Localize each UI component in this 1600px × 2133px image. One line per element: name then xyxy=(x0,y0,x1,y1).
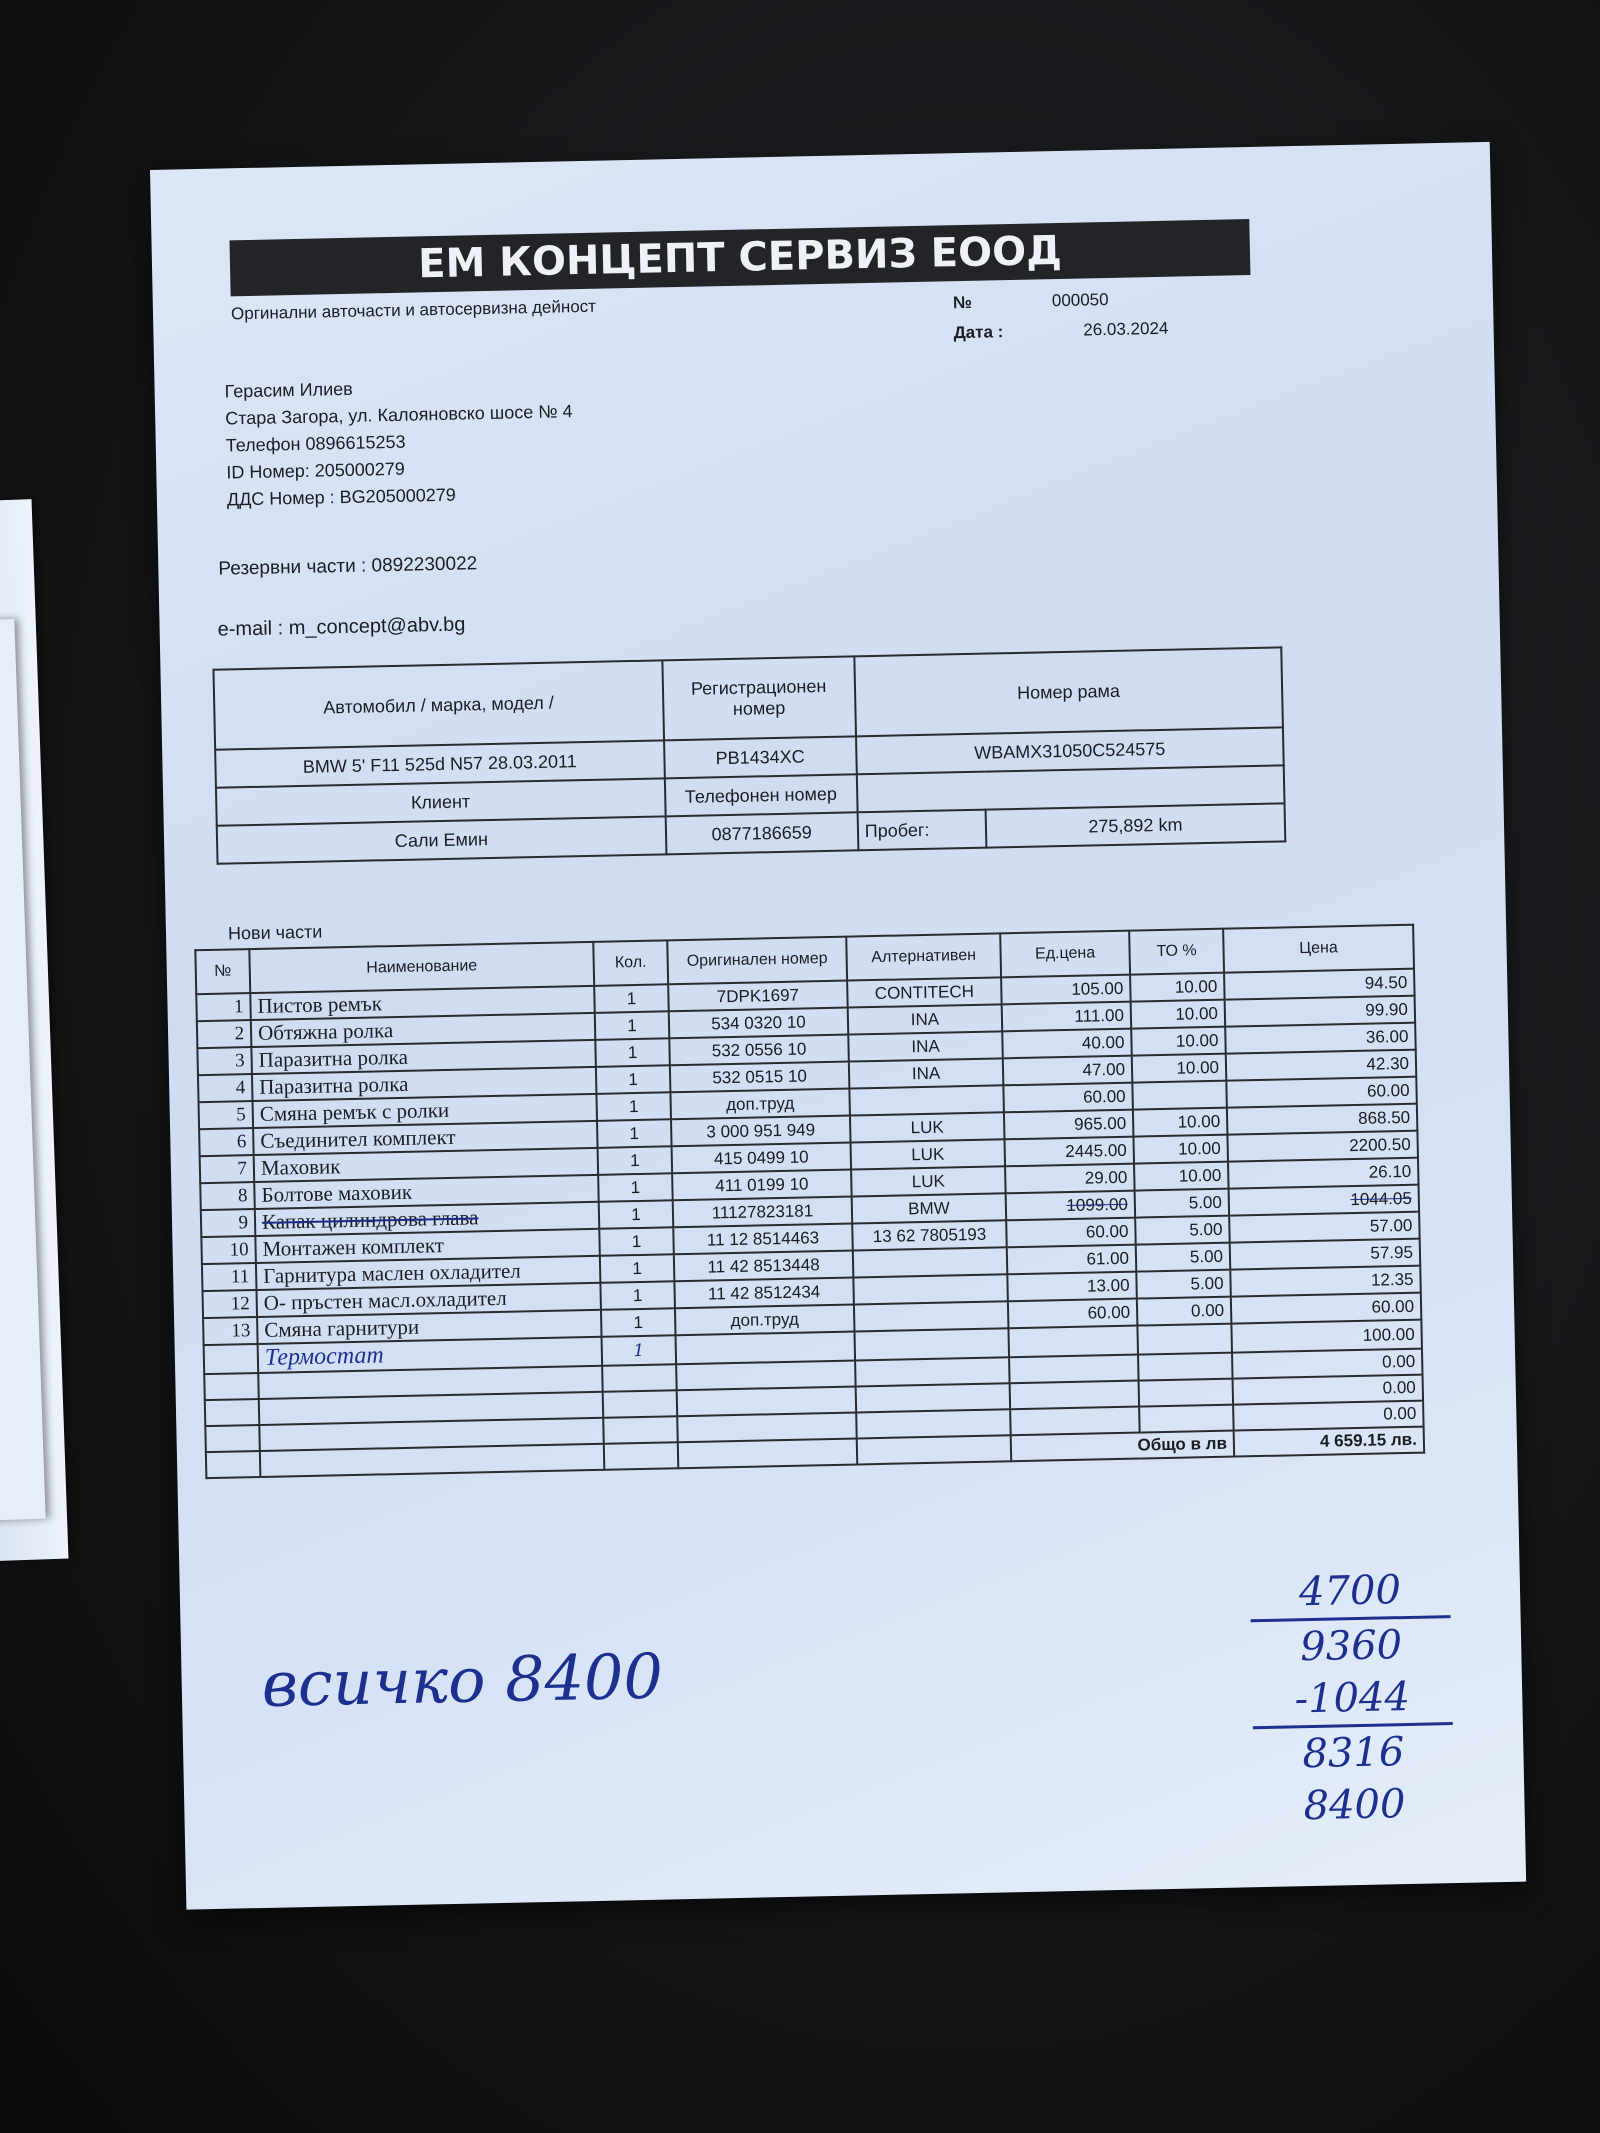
row-number: 3 xyxy=(197,1047,252,1075)
price: 42.30 xyxy=(1226,1050,1417,1081)
discount xyxy=(1139,1379,1234,1407)
discount xyxy=(1139,1405,1234,1433)
row-number xyxy=(204,1344,259,1374)
price: 57.95 xyxy=(1230,1239,1421,1270)
original-number: 415 0499 10 xyxy=(672,1143,852,1174)
original-number: 411 0199 10 xyxy=(672,1170,852,1201)
alternative: INA xyxy=(848,1031,1003,1061)
col-disc: ТО % xyxy=(1129,929,1224,975)
row-number: 2 xyxy=(197,1020,252,1048)
row-number: 6 xyxy=(199,1128,254,1156)
price: 94.50 xyxy=(1224,969,1415,1000)
quantity: 1 xyxy=(594,984,669,1013)
alternative xyxy=(856,1409,1011,1438)
unit-price: 60.00 xyxy=(1003,1083,1133,1113)
original-number: доп.труд xyxy=(670,1089,850,1120)
original-number: 532 0515 10 xyxy=(670,1062,850,1093)
unit-price: 60.00 xyxy=(1006,1218,1136,1248)
reg-number: PB1434XC xyxy=(664,736,857,778)
col-orig: Оригинален номер xyxy=(667,937,847,985)
calc-line: 9360 xyxy=(1261,1618,1442,1674)
discount: 10.00 xyxy=(1133,1135,1228,1164)
alternative xyxy=(854,1301,1009,1331)
alternative xyxy=(855,1357,1010,1386)
discount xyxy=(1132,1081,1227,1110)
discount: 10.00 xyxy=(1133,1108,1228,1137)
discount: 10.00 xyxy=(1132,1054,1227,1083)
original-number: 534 0320 10 xyxy=(669,1008,849,1039)
unit-price: 13.00 xyxy=(1007,1272,1137,1302)
quantity: 1 xyxy=(602,1335,677,1366)
row-number: 12 xyxy=(202,1290,257,1318)
price: 60.00 xyxy=(1226,1077,1417,1108)
col-no: № xyxy=(195,949,250,994)
document-meta: №000050 Дата :26.03.2024 xyxy=(953,289,1169,353)
quantity: 1 xyxy=(596,1092,671,1121)
price: 12.35 xyxy=(1230,1266,1421,1297)
alternative xyxy=(853,1274,1008,1304)
alternative xyxy=(849,1085,1004,1115)
col-qty: Кол. xyxy=(593,940,668,986)
company-info: Герасим Илиев Стара Загора, ул. Калоянов… xyxy=(224,371,574,513)
row-number: 9 xyxy=(201,1209,256,1237)
price: 100.00 xyxy=(1231,1320,1422,1353)
quantity xyxy=(603,1390,678,1418)
row-number: 5 xyxy=(199,1101,254,1129)
alternative: 13 62 7805193 xyxy=(852,1220,1007,1250)
alternative: LUK xyxy=(851,1166,1006,1196)
row-number: 8 xyxy=(200,1182,255,1210)
date-label: Дата : xyxy=(953,322,1003,343)
company-email: e-mail : m_concept@abv.bg xyxy=(217,613,465,641)
company-banner: ЕМ КОНЦЕПТ СЕРВИЗ ЕООД xyxy=(229,219,1250,296)
discount: 0.00 xyxy=(1137,1297,1232,1326)
document-date: 26.03.2024 xyxy=(1083,319,1168,341)
unit-price xyxy=(1010,1381,1140,1410)
original-number: 532 0556 10 xyxy=(669,1035,849,1066)
price: 36.00 xyxy=(1225,1023,1416,1054)
quantity: 1 xyxy=(600,1281,675,1310)
client-name: Сали Емин xyxy=(217,816,666,863)
vehicle-table: Автомобил / марка, модел / Регистрационе… xyxy=(212,646,1286,864)
handwritten-note: всичко 8400 xyxy=(261,1640,664,1721)
discount xyxy=(1137,1324,1232,1355)
discount: 5.00 xyxy=(1136,1270,1231,1299)
quantity xyxy=(602,1364,677,1392)
alternative: BMW xyxy=(852,1193,1007,1223)
quantity: 1 xyxy=(599,1227,674,1256)
discount: 10.00 xyxy=(1130,973,1225,1002)
quantity xyxy=(603,1416,678,1444)
unit-price: 965.00 xyxy=(1004,1110,1134,1140)
discount: 10.00 xyxy=(1131,1000,1226,1029)
company-subtitle: Оргинални авточасти и автосервизна дейно… xyxy=(231,297,596,325)
phone-header: Телефонен номер xyxy=(664,774,857,816)
unit-price xyxy=(1010,1407,1140,1436)
quantity: 1 xyxy=(597,1119,672,1148)
mileage-label: Пробег: xyxy=(857,810,986,851)
calc-line: 4700 xyxy=(1260,1563,1441,1619)
alternative xyxy=(854,1328,1009,1360)
calc-line: 8316 xyxy=(1263,1725,1444,1781)
price: 0.00 xyxy=(1232,1349,1423,1379)
unit-price: 29.00 xyxy=(1005,1164,1135,1194)
new-parts-label: Нови части xyxy=(228,922,323,945)
original-number: 11 42 8512434 xyxy=(674,1278,854,1309)
discount: 10.00 xyxy=(1134,1162,1229,1191)
alternative: LUK xyxy=(851,1139,1006,1169)
row-number: 1 xyxy=(196,993,251,1021)
row-number: 4 xyxy=(198,1074,253,1102)
parts-phone: Резервни части : 0892230022 xyxy=(218,553,477,580)
row-number xyxy=(205,1425,260,1452)
car-header: Автомобил / марка, модел / xyxy=(213,660,663,749)
row-number: 7 xyxy=(200,1155,255,1183)
col-price: Цена xyxy=(1223,925,1414,973)
calc-line: -1044 xyxy=(1262,1670,1443,1726)
document-number: 000050 xyxy=(1052,290,1109,311)
invoice-document: ЕМ КОНЦЕПТ СЕРВИЗ ЕООД Оргинални авточас… xyxy=(150,142,1526,1910)
quantity: 1 xyxy=(595,1038,670,1067)
original-number xyxy=(676,1332,856,1365)
original-number: 7DPK1697 xyxy=(668,981,848,1012)
alternative xyxy=(853,1247,1008,1277)
col-alt: Алтернативен xyxy=(846,933,1001,980)
unit-price xyxy=(1008,1326,1138,1358)
alternative: INA xyxy=(848,1004,1003,1034)
row-number: 11 xyxy=(202,1263,257,1291)
total-label: Общо в лв xyxy=(1011,1431,1234,1462)
quantity: 1 xyxy=(595,1011,670,1040)
price: 99.90 xyxy=(1225,996,1416,1027)
row-number: 13 xyxy=(203,1317,258,1345)
discount: 5.00 xyxy=(1135,1189,1230,1218)
price: 26.10 xyxy=(1228,1158,1419,1189)
unit-price: 47.00 xyxy=(1003,1056,1133,1086)
alternative: LUK xyxy=(850,1112,1005,1142)
quantity: 1 xyxy=(596,1065,671,1094)
mileage-value: 275,892 km xyxy=(986,803,1286,847)
unit-price: 2445.00 xyxy=(1004,1137,1134,1167)
client-phone: 0877186659 xyxy=(665,812,858,854)
original-number: 11 42 8513448 xyxy=(674,1251,854,1282)
quantity: 1 xyxy=(600,1254,675,1283)
quantity: 1 xyxy=(601,1308,676,1337)
unit-price xyxy=(1009,1355,1139,1384)
alternative: INA xyxy=(849,1058,1004,1088)
parts-table: № Наименование Кол. Оригинален номер Алт… xyxy=(194,924,1425,1479)
unit-price: 105.00 xyxy=(1001,975,1131,1005)
original-number xyxy=(677,1412,857,1442)
price: 57.00 xyxy=(1229,1212,1420,1243)
price: 0.00 xyxy=(1233,1401,1424,1431)
alternative: CONTITECH xyxy=(847,977,1002,1007)
vin-header: Номер рама xyxy=(854,647,1283,736)
unit-price: 60.00 xyxy=(1008,1299,1138,1329)
col-unit: Ед.цена xyxy=(1000,931,1130,978)
row-number: 10 xyxy=(201,1236,256,1264)
original-number: 11127823181 xyxy=(673,1197,853,1228)
unit-price: 111.00 xyxy=(1002,1002,1132,1032)
quantity: 1 xyxy=(599,1200,674,1229)
number-label: № xyxy=(953,293,972,313)
price: 60.00 xyxy=(1231,1293,1422,1324)
original-number xyxy=(676,1360,856,1390)
unit-price: 61.00 xyxy=(1007,1245,1137,1275)
original-number xyxy=(677,1386,857,1416)
reg-header: Регистрационен номер xyxy=(662,656,856,740)
unit-price: 1099.00 xyxy=(1006,1191,1136,1221)
discount: 5.00 xyxy=(1135,1216,1230,1245)
col-name: Наименование xyxy=(249,942,594,993)
quantity: 1 xyxy=(598,1173,673,1202)
original-number: 3 000 951 949 xyxy=(671,1116,851,1147)
calc-line: 8400 xyxy=(1264,1777,1445,1833)
total-value: 4 659.15 лв. xyxy=(1234,1427,1425,1457)
price: 1044.05 xyxy=(1229,1185,1420,1216)
discount: 5.00 xyxy=(1136,1243,1231,1272)
price: 0.00 xyxy=(1233,1375,1424,1405)
alternative xyxy=(856,1383,1011,1412)
price: 2200.50 xyxy=(1227,1131,1418,1162)
discount xyxy=(1138,1353,1233,1381)
handwritten-calculation: 4700 9360 -1044 8316 8400 xyxy=(1260,1563,1446,1833)
row-number xyxy=(205,1399,260,1426)
discount: 10.00 xyxy=(1131,1027,1226,1056)
unit-price: 40.00 xyxy=(1002,1029,1132,1059)
quantity: 1 xyxy=(598,1146,673,1175)
price: 868.50 xyxy=(1227,1104,1418,1135)
original-number: доп.труд xyxy=(675,1305,855,1336)
original-number: 11 12 8514463 xyxy=(673,1224,853,1255)
row-number xyxy=(204,1373,259,1400)
